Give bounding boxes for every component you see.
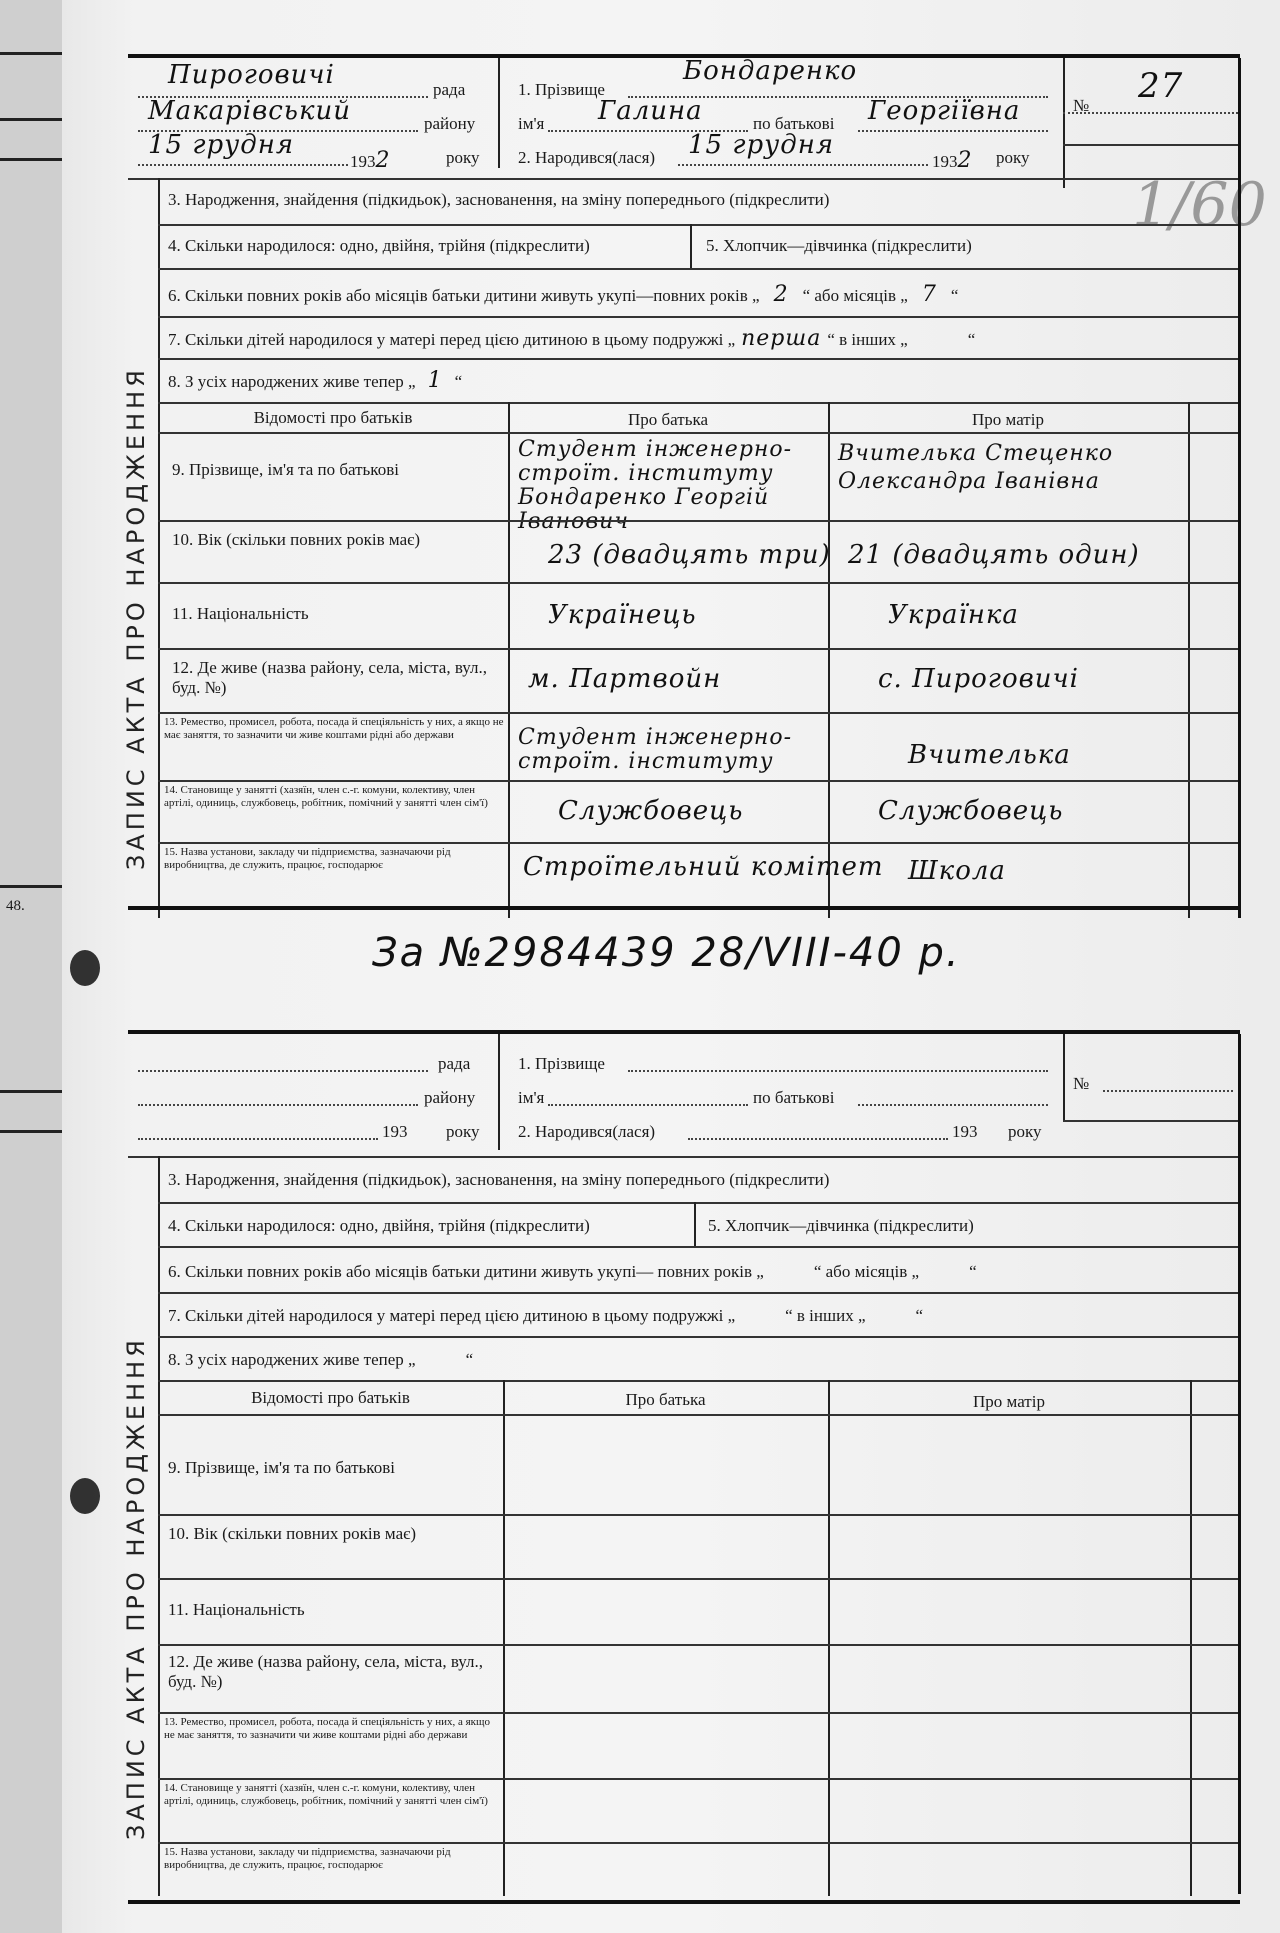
vertical-title: ЗАПИС АКТА ПРО НАРОДЖЕННЯ — [122, 366, 150, 870]
row-8: 8. З усіх народжених живе тепер „1“ — [168, 368, 462, 393]
row-13-label: 13. Ремество, промисел, робота, посада й… — [164, 716, 504, 742]
col-header-mother: Про матір — [828, 1392, 1190, 1412]
record-number: 27 — [1138, 66, 1183, 106]
page-number: 48. — [6, 898, 25, 915]
patronymic-value: Георгіївна — [868, 96, 1020, 126]
raion-value: Макарівський — [148, 96, 351, 126]
row-12-father: м. Партвойн — [528, 664, 721, 694]
strip-line — [0, 1090, 62, 1093]
r6-years: 2 — [760, 282, 803, 307]
row-12-label: 12. Де живе (назва району, села, міста, … — [168, 1652, 498, 1692]
row-14-mother: Службовець — [878, 796, 1063, 826]
born-date-field[interactable] — [688, 1138, 948, 1140]
surname-field[interactable] — [628, 1070, 1048, 1072]
row-9-label: 9. Прізвище, ім'я та по батькові — [168, 1458, 395, 1478]
row-15-mother: Школа — [908, 856, 1006, 886]
name-value: Галина — [598, 96, 703, 126]
name-label: ім'я — [518, 1088, 544, 1108]
roku-label: року — [446, 148, 480, 168]
rada-label: рада — [433, 80, 465, 100]
number-field[interactable] — [1103, 1090, 1233, 1092]
row-13-mother: Вчителька — [908, 740, 1071, 770]
col-header-info: Відомості про батьків — [158, 408, 508, 428]
row-5: 5. Хлопчик—дівчинка (підкреслити) — [708, 1216, 974, 1236]
surname-value: Бондаренко — [683, 56, 857, 86]
row-7: 7. Скільки дітей народилося у матері пер… — [168, 326, 975, 351]
col-header-mother: Про матір — [828, 410, 1188, 430]
row-14-label: 14. Становище у занятті (хазяїн, член с.… — [164, 784, 504, 810]
born-year-prefix: 193 — [932, 152, 958, 171]
patronymic-field[interactable] — [858, 1104, 1048, 1106]
birth-record-2: ЗАПИС АКТА ПРО НАРОДЖЕННЯ рада району 19… — [128, 1030, 1278, 1933]
row-4: 4. Скільки народилося: одно, двійня, трі… — [168, 1216, 590, 1236]
row-15-label: 15. Назва установи, закладу чи підприємс… — [164, 1846, 499, 1872]
binding-hole — [70, 950, 100, 986]
row-3: 3. Народження, знайдення (підкидьок), за… — [168, 190, 829, 210]
row-14-father: Службовець — [558, 796, 743, 826]
surname-label[interactable]: 1. Прізвище — [518, 1054, 605, 1074]
rada-label: рада — [438, 1054, 470, 1074]
document-page: 1/60 ЗАПИС АКТА ПРО НАРОДЖЕННЯ Пирогович… — [62, 0, 1280, 1933]
strip-line — [0, 52, 62, 55]
row-15-label: 15. Назва установи, закладу чи підприємс… — [164, 846, 504, 872]
row-9-mother: Вчителька Стеценко Олександра Іванівна — [838, 440, 1178, 496]
surname-label: 1. Прізвище — [518, 80, 605, 100]
row-12-mother: с. Пироговичі — [878, 664, 1079, 694]
raion-label: району — [424, 114, 475, 134]
born-roku-label: року — [1008, 1122, 1042, 1142]
row-6: 6. Скільки повних років або місяців бать… — [168, 1262, 977, 1282]
row-10-mother: 21 (двадцять один) — [848, 540, 1140, 570]
row-6: 6. Скільки повних років або місяців бать… — [168, 282, 958, 307]
strip-line — [0, 885, 62, 888]
row-10-label: 10. Вік (скільки повних років має) — [172, 530, 502, 550]
row-10-label: 10. Вік (скільки повних років має) — [168, 1524, 498, 1544]
binding-strip: 48. — [0, 0, 62, 1933]
row-10-father: 23 (двадцять три) — [548, 540, 831, 570]
r7-value: перша — [735, 326, 827, 351]
row-14-label: 14. Становище у занятті (хазяїн, член с.… — [164, 1782, 499, 1808]
raion-label: району — [424, 1088, 475, 1108]
r6-months: 7 — [908, 282, 951, 307]
patronymic-label: по батькові — [753, 1088, 834, 1108]
name-label: ім'я — [518, 114, 544, 134]
born-roku-label: року — [996, 148, 1030, 168]
strip-line — [0, 1130, 62, 1133]
registration-note: За №2984439 28/VIII-40 р. — [372, 930, 961, 976]
born-year-prefix: 193 — [952, 1122, 978, 1142]
row-11-father: Українець — [548, 600, 697, 630]
name-field[interactable] — [548, 1104, 748, 1106]
strip-line — [0, 158, 62, 161]
born-year-value: 2 — [958, 148, 973, 173]
year-value: 2 — [376, 148, 391, 173]
born-label: 2. Народився(лася) — [518, 1122, 655, 1142]
rada-value: Пироговичі — [168, 60, 335, 90]
born-label: 2. Народився(лася) — [518, 148, 655, 168]
year-prefix: 193 — [382, 1122, 408, 1142]
row-3: 3. Народження, знайдення (підкидьок), за… — [168, 1170, 829, 1190]
row-11-label: 11. Національність — [172, 604, 309, 624]
registration-date: 15 грудня — [148, 130, 294, 160]
row-13-label: 13. Ремество, промисел, робота, посада й… — [164, 1716, 499, 1742]
r8-value: 1 — [416, 368, 455, 393]
row-5: 5. Хлопчик—дівчинка (підкреслити) — [706, 236, 972, 256]
col-header-father: Про батька — [508, 410, 828, 430]
born-value: 15 грудня — [688, 130, 834, 160]
row-9-label: 9. Прізвище, ім'я та по батькові — [172, 460, 399, 480]
number-label: № — [1073, 96, 1089, 116]
col-header-father: Про батька — [503, 1390, 828, 1410]
row-12-label: 12. Де живе (назва району, села, міста, … — [172, 658, 502, 698]
year-prefix: 193 — [350, 152, 376, 171]
birth-record-1: ЗАПИС АКТА ПРО НАРОДЖЕННЯ Пироговичі рад… — [128, 0, 1278, 920]
strip-line — [0, 118, 62, 121]
col-header-info: Відомості про батьків — [158, 1388, 503, 1408]
row-15-father: Строїтельний комітет — [523, 852, 884, 882]
number-label: № — [1073, 1074, 1089, 1094]
row-7: 7. Скільки дітей народилося у матері пер… — [168, 1306, 923, 1326]
row-4: 4. Скільки народилося: одно, двійня, трі… — [168, 236, 590, 256]
row-11-mother: Українка — [888, 600, 1019, 630]
roku-label: року — [446, 1122, 480, 1142]
row-8: 8. З усіх народжених живе тепер „“ — [168, 1350, 473, 1370]
binding-hole — [70, 1478, 100, 1514]
row-13-father: Студент інженерно-строїт. інституту — [518, 726, 828, 774]
vertical-title-2: ЗАПИС АКТА ПРО НАРОДЖЕННЯ — [122, 1336, 150, 1840]
row-11-label: 11. Національність — [168, 1600, 305, 1620]
